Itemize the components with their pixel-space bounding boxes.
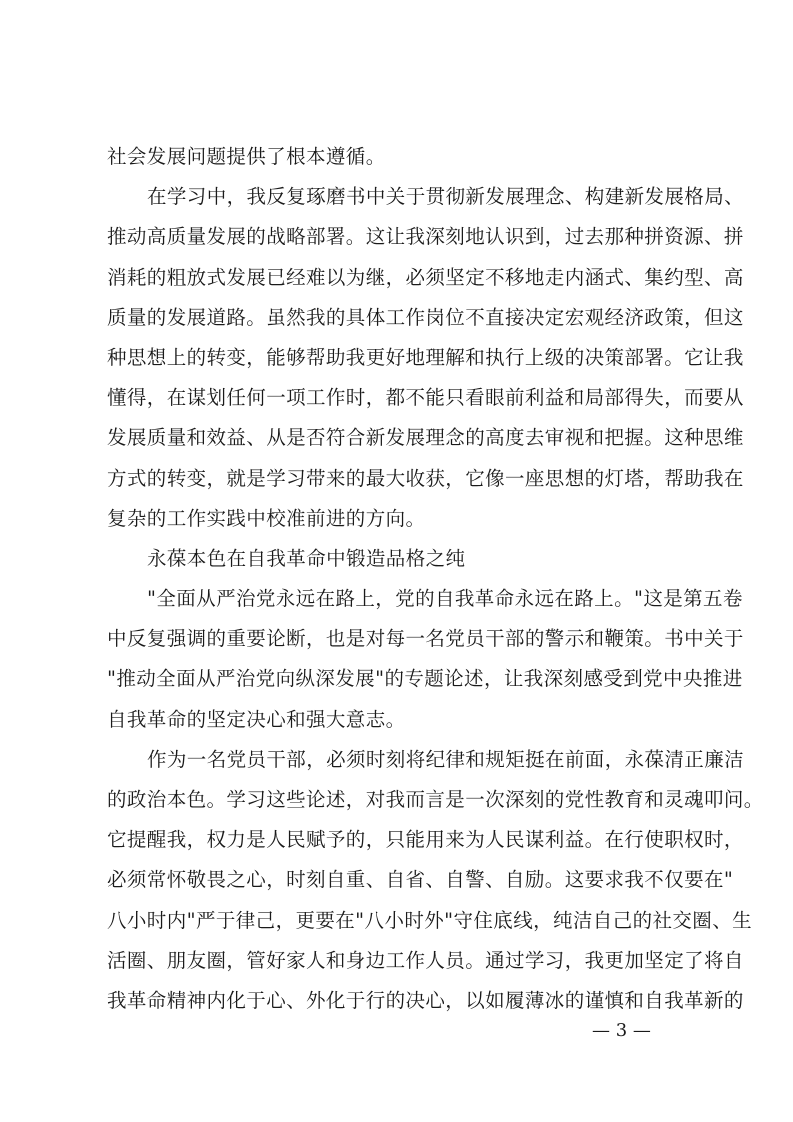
text-line: 我革命精神内化于心、外化于行的决心，以如履薄冰的谨慎和自我革新的 (107, 981, 693, 1021)
text-line: 懂得，在谋划任何一项工作时，都不能只看眼前利益和局部得失，而要从 (107, 378, 693, 418)
text-line: 推动高质量发展的战略部署。这让我深刻地认识到，过去那种拼资源、拼 (107, 217, 693, 257)
paragraph-start-line: 在学习中，我反复琢磨书中关于贯彻新发展理念、构建新发展格局、 (107, 177, 693, 217)
text-line: 的政治本色。学习这些论述，对我而言是一次深刻的党性教育和灵魂叩问。 (107, 780, 693, 820)
document-page: 社会发展问题提供了根本遵循。 在学习中，我反复琢磨书中关于贯彻新发展理念、构建新… (0, 0, 793, 1122)
text-line: 中反复强调的重要论断，也是对每一名党员干部的警示和鞭策。书中关于 (107, 619, 693, 659)
paragraph-start-line: 作为一名党员干部，必须时刻将纪律和规矩挺在前面，永葆清正廉洁 (107, 740, 693, 780)
text-line: 自我革命的坚定决心和强大意志。 (107, 700, 693, 740)
text-line: 复杂的工作实践中校准前进的方向。 (107, 499, 693, 539)
text-line: 方式的转变，就是学习带来的最大收获，它像一座思想的灯塔，帮助我在 (107, 459, 693, 499)
document-body: 社会发展问题提供了根本遵循。 在学习中，我反复琢磨书中关于贯彻新发展理念、构建新… (107, 137, 693, 1021)
text-line: 八小时内"严于律己，更要在"八小时外"守住底线，纯洁自己的社交圈、生 (107, 901, 693, 941)
paragraph-start-line: "全面从严治党永远在路上，党的自我革命永远在路上。"这是第五卷 (107, 579, 693, 619)
text-line: 质量的发展道路。虽然我的具体工作岗位不直接决定宏观经济政策，但这 (107, 298, 693, 338)
text-line: 消耗的粗放式发展已经难以为继，必须坚定不移地走内涵式、集约型、高 (107, 258, 693, 298)
text-line: 它提醒我，权力是人民赋予的，只能用来为人民谋利益。在行使职权时， (107, 820, 693, 860)
section-heading: 永葆本色在自我革命中锻造品格之纯 (107, 539, 693, 579)
text-line: 种思想上的转变，能够帮助我更好地理解和执行上级的决策部署。它让我 (107, 338, 693, 378)
text-line: 必须常怀敬畏之心，时刻自重、自省、自警、自励。这要求我不仅要在" (107, 860, 693, 900)
text-line: 活圈、朋友圈，管好家人和身边工作人员。通过学习，我更加坚定了将自 (107, 941, 693, 981)
text-line: "推动全面从严治党向纵深发展"的专题论述，让我深刻感受到党中央推进 (107, 659, 693, 699)
page-number: — 3 — (592, 1020, 651, 1041)
text-line: 社会发展问题提供了根本遵循。 (107, 137, 693, 177)
text-line: 发展质量和效益、从是否符合新发展理念的高度去审视和把握。这种思维 (107, 418, 693, 458)
